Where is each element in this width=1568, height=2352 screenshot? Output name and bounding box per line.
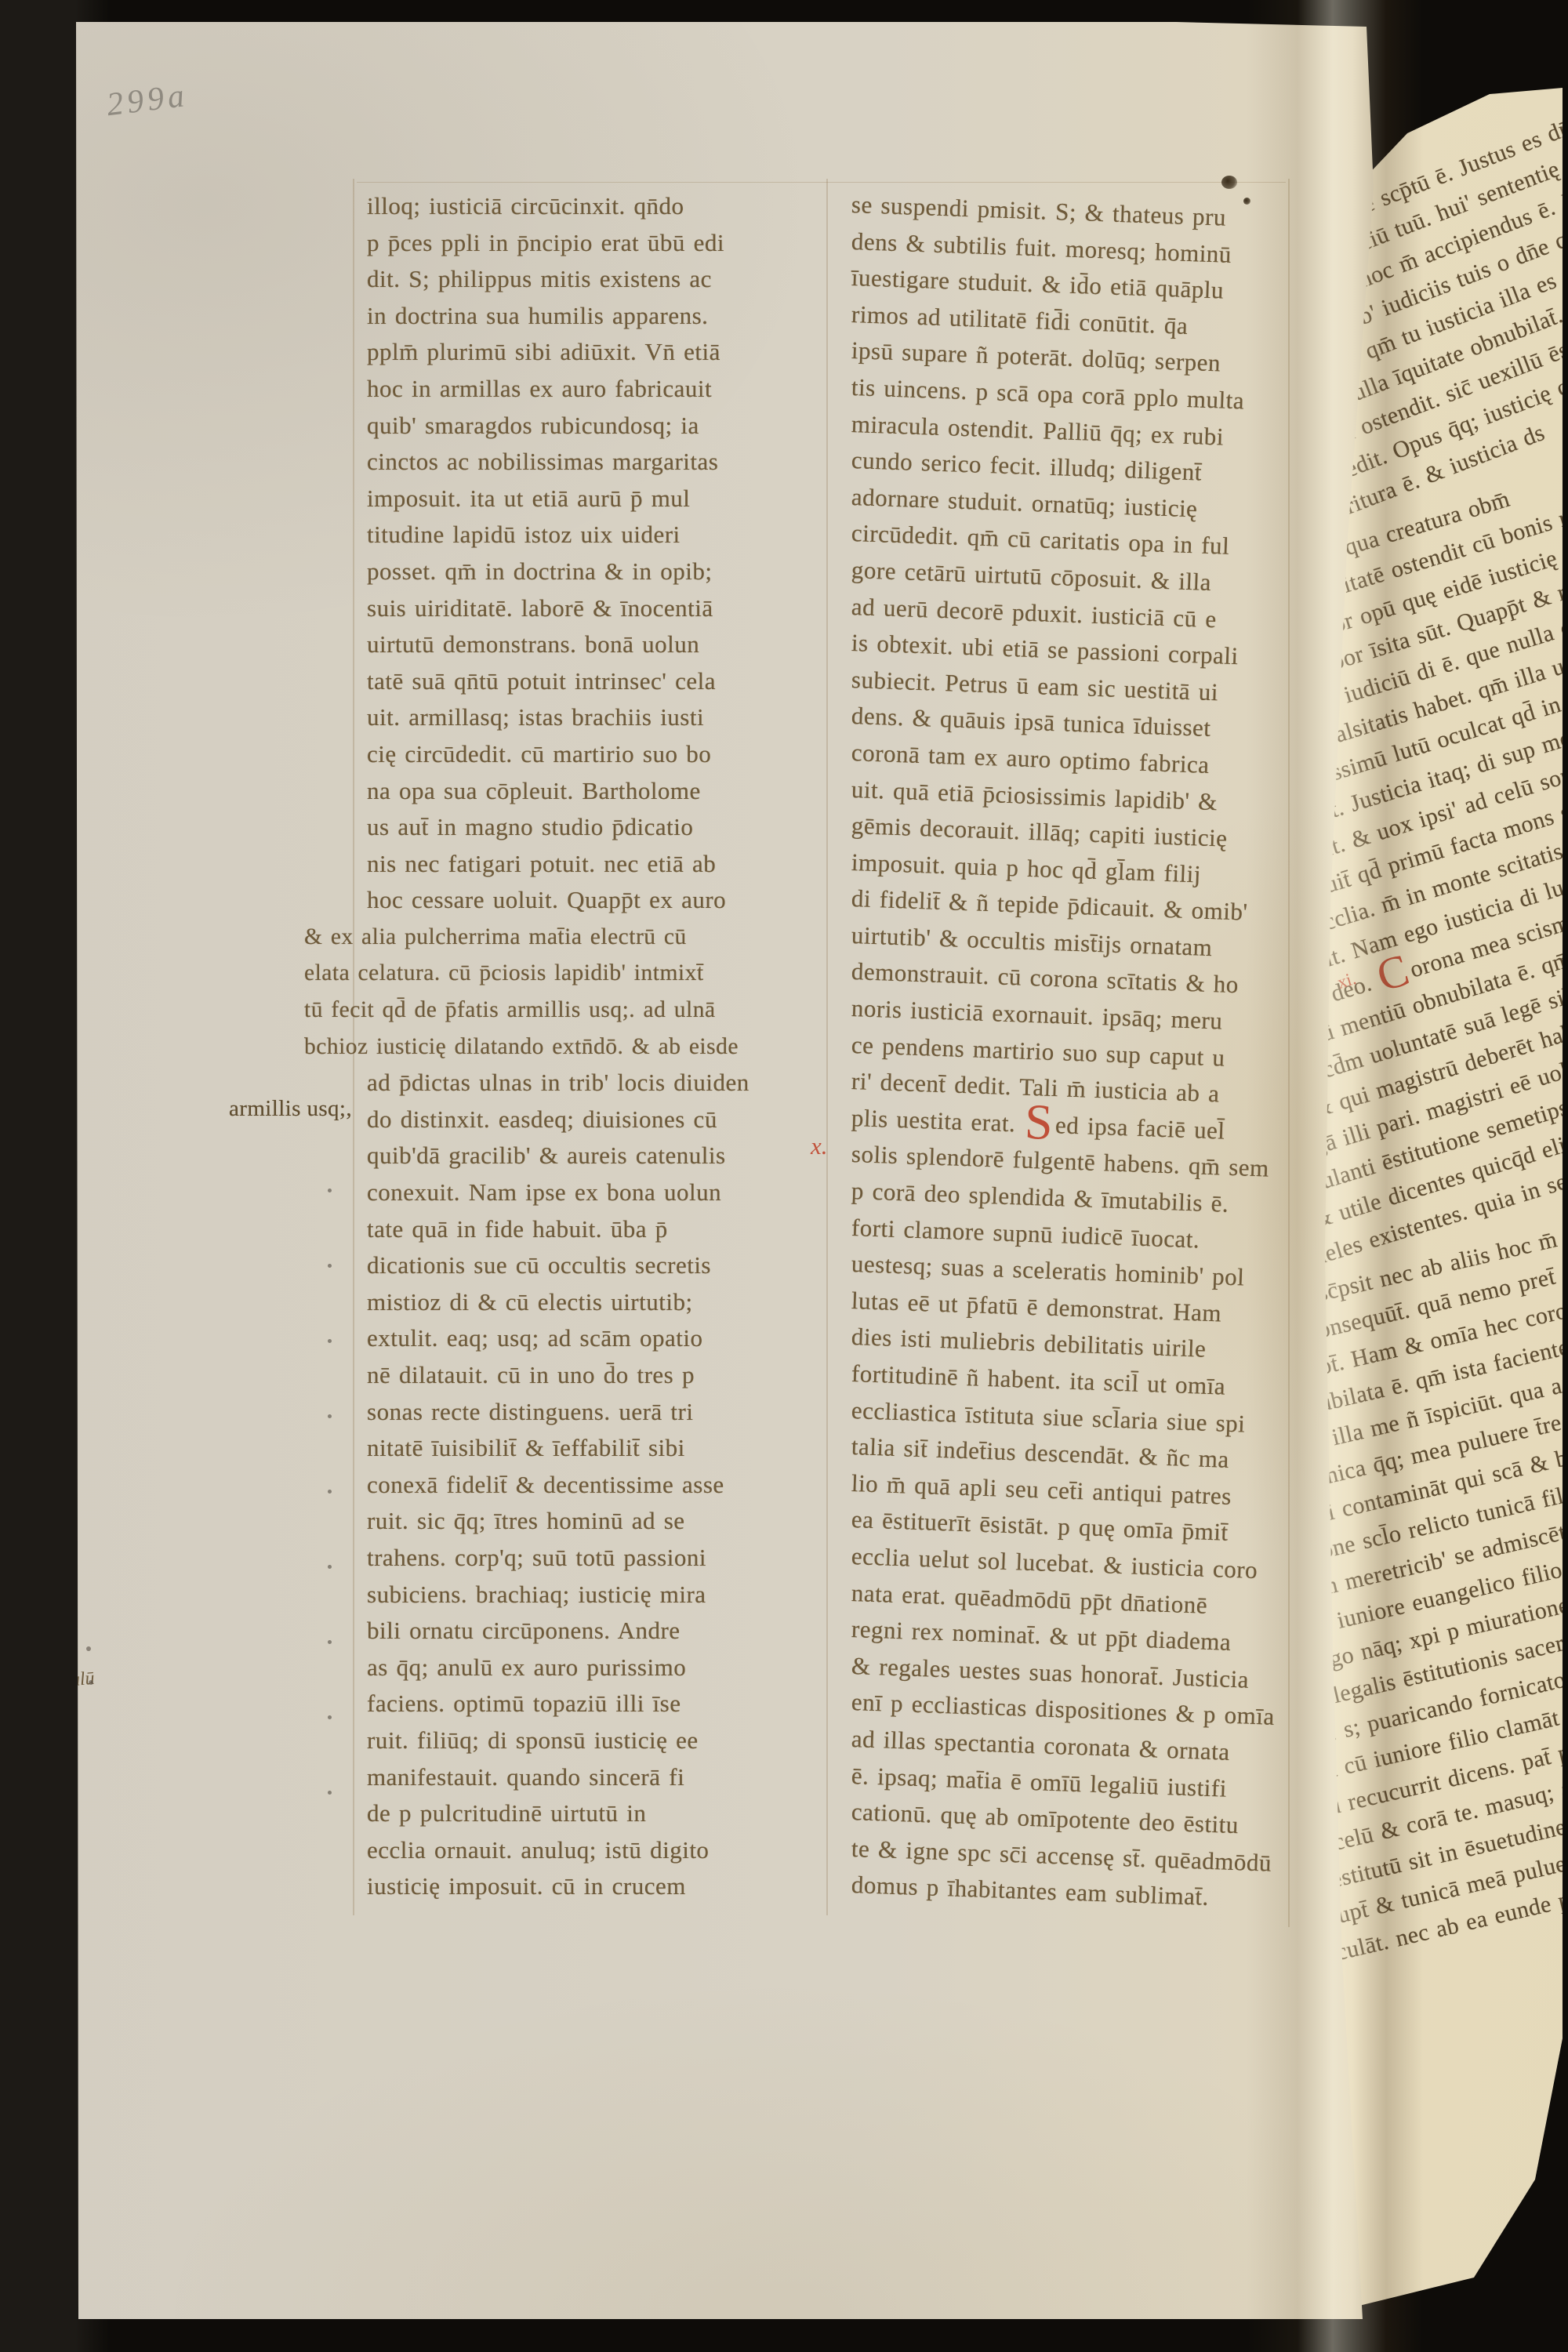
text-line: nē dilatauit. cū in uno d̄o tres p: [367, 1357, 750, 1394]
pricking-dot: [328, 1189, 332, 1192]
text-line: trahens. corp'q; suū totū passioni: [367, 1540, 750, 1577]
text-line: ruit. sic q̄q; ītres hominū ad se: [367, 1503, 750, 1540]
pricking-dot: [328, 1565, 332, 1569]
line-fragment: plis uestita erat.: [851, 1104, 1024, 1138]
text-line: nis nec fatigari potuit. nec etiā ab: [367, 846, 750, 883]
text-line: manifestauit. quando sincerā fi: [367, 1759, 750, 1796]
text-line: uirtutū demonstrans. bonā uolun: [367, 626, 750, 663]
pencil-dot: [86, 1646, 91, 1651]
text-line: iusticię imposuit. cū in crucem: [367, 1868, 750, 1905]
text-line: bili ornatu circūponens. Andre: [367, 1613, 750, 1650]
text-line: conexā fidelit̄ & decentissime asse: [367, 1467, 750, 1504]
text-line: hoc cessare uoluit. Quapp̄t ex auro: [367, 882, 750, 919]
text-line: in doctrina sua humilis apparens.: [367, 298, 750, 335]
ruling-line-horizontal: [357, 182, 1286, 183]
text-line: uit. armillasq; istas brachiis iusti: [367, 699, 750, 736]
pricking-dot: [328, 1640, 332, 1644]
ink-blot: [1221, 176, 1237, 189]
text-line: p p̄ces ppli in p̄ncipio erat ūbū edi: [367, 225, 750, 262]
text-line: do distinxit. easdeq; diuisiones cū: [367, 1102, 750, 1138]
text-line: quib' smaragdos rubicundosq; ia: [367, 408, 750, 445]
line-fragment: ed ipsa faciē uel̄: [1055, 1111, 1226, 1145]
pencil-dot: [89, 1680, 93, 1685]
manuscript-photo: Unde scp̄tū ē. Justus es dn̄e. & reciudi…: [0, 0, 1568, 2352]
text-line: conexuit. Nam ipse ex bona uolun: [367, 1174, 750, 1211]
facing-page-text-middle: reliqua creatura obm̄ueritatē ostendit c…: [1314, 539, 1568, 1276]
folio-number-pencil: 299a: [104, 77, 190, 124]
text-line: na opa sua cōpleuit. Bartholome: [367, 773, 750, 810]
pricking-dot: [328, 1339, 332, 1343]
text-line: cię circūdedit. cū martirio suo bo: [367, 736, 750, 773]
red-margin-gloss-x: x.: [811, 1132, 828, 1160]
facing-page-text-bottom: asc̄psit nec ab aliis hoc m̄ salutēconse…: [1308, 1278, 1568, 1978]
pricking-dot: [328, 1791, 332, 1795]
text-line: cinctos ac nobilissimas margaritas: [367, 444, 750, 481]
pricking-dot: [328, 1414, 332, 1418]
text-line: titudine lapidū istoz uix uideri: [367, 517, 750, 554]
text-column-right: se suspendi pmisit. S; & thateus prudens…: [851, 187, 1275, 1904]
text-line: ad p̄dictas ulnas in trib' locis diuiden: [367, 1065, 750, 1102]
text-line: extulit. eaq; usq; ad scām opatio: [367, 1320, 750, 1357]
pricking-dot: [328, 1264, 332, 1268]
text-line: mistioz di & cū electis uirtutib;: [367, 1284, 750, 1321]
text-line: illoq; iusticiā circūcinxit. qn̄do: [367, 188, 750, 225]
text-line: subiciens. brachiaq; iusticię mira: [367, 1577, 750, 1613]
text-line: suis uiriditatē. laborē & īnocentiā: [367, 590, 750, 627]
ruling-line-vertical: [826, 179, 828, 1915]
text-line: hoc in armillas ex auro fabricauit: [367, 371, 750, 408]
margin-note-armillis: armillis usq;,: [229, 1096, 352, 1122]
text-line: tate quā in fide habuit. ūba p̄: [367, 1211, 750, 1248]
pricking-dot: [328, 1490, 332, 1494]
text-line: pplm̄ plurimū sibi adiūxit. Vn̄ etiā: [367, 334, 750, 371]
text-line: posset. qm̄ in doctrina & in opib;: [367, 554, 750, 590]
text-column-left: illoq; iusticiā circūcinxit. qn̄dop p̄ce…: [367, 188, 750, 1905]
text-line: de p pulcritudinē uirtutū in: [367, 1795, 750, 1832]
text-line: ecclia ornauit. anuluq; istū digito: [367, 1832, 750, 1869]
text-line: elata celatura. cū p̄ciosis lapidib' int…: [304, 955, 750, 992]
text-line: bchioz iusticię dilatando extn̄dō. & ab …: [304, 1029, 750, 1065]
text-line: dicationis sue cū occultis secretis: [367, 1247, 750, 1284]
text-line: tatē suā qn̄tū potuit intrinsec' cela: [367, 663, 750, 700]
text-line: sonas recte distinguens. uerā tri: [367, 1394, 750, 1431]
text-line: dit. S; philippus mitis existens ac: [367, 261, 750, 298]
text-line: quib'dā gracilib' & aureis catenulis: [367, 1138, 750, 1174]
ink-blot: [1243, 198, 1250, 205]
ruling-line-vertical: [1288, 179, 1290, 1927]
text-line: ruit. filiūq; di sponsū iusticię ee: [367, 1722, 750, 1759]
pricking-dot: [328, 1715, 332, 1719]
text-line: tū fecit qd̄ de p̄fatis armillis usq;. a…: [304, 992, 750, 1029]
text-line: imposuit. ita ut etiā aurū p̄ mul: [367, 481, 750, 517]
text-line: as q̄q; anulū ex auro purissimo: [367, 1650, 750, 1686]
text-line: us aut̄ in magno studio p̄dicatio: [367, 809, 750, 846]
text-line: faciens. optimū topaziū illi īse: [367, 1686, 750, 1722]
text-line: nitatē īuisibilit̄ & īeffabilit̄ sibi: [367, 1430, 750, 1467]
text-line: & ex alia pulcherrima mat̄ia electrū cū: [304, 919, 750, 956]
